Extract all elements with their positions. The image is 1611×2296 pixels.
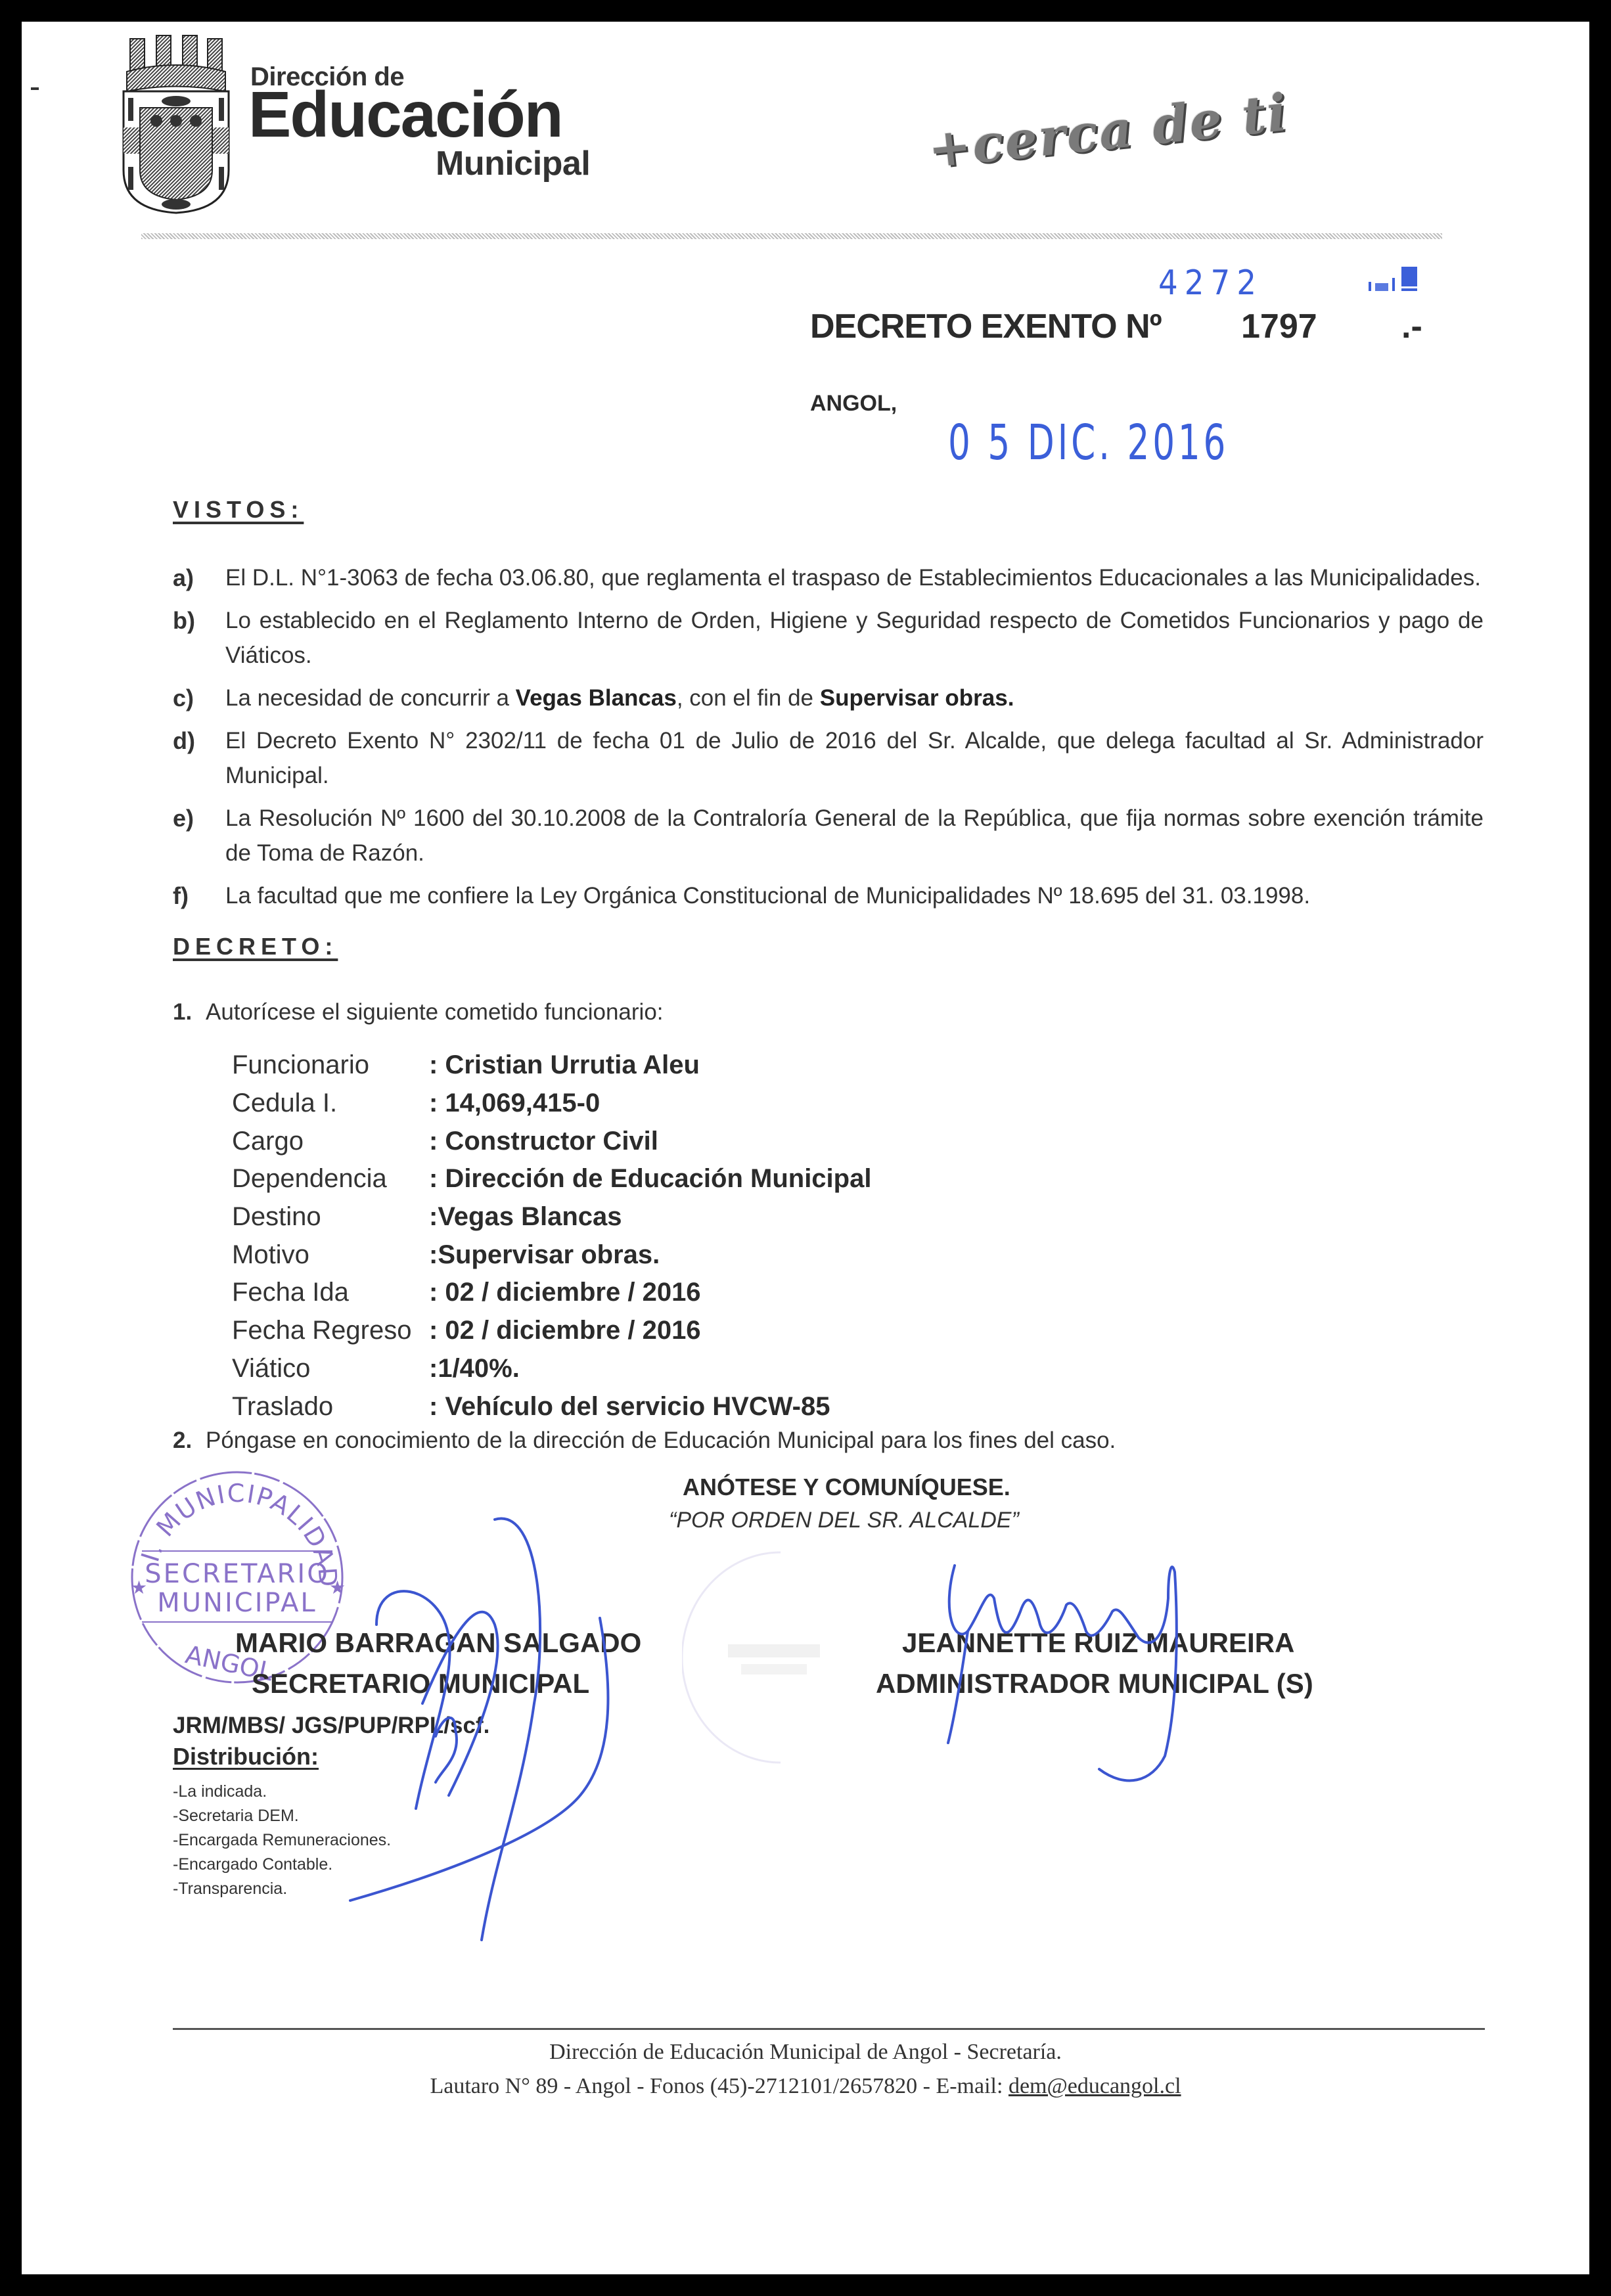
signatory-2-name: JEANNETTE RUIZ MAUREIRA xyxy=(902,1627,1294,1659)
purpose-bold: Supervisar obras. xyxy=(820,685,1014,711)
decreto-item-2: 2.Póngase en conocimiento de la direcció… xyxy=(173,1428,1116,1454)
detail-label: Viático xyxy=(232,1354,429,1384)
detail-label: Traslado xyxy=(232,1392,429,1422)
footer-divider xyxy=(173,2028,1485,2030)
footer-address: Lautaro N° 89 - Angol - Fonos (45)-27121… xyxy=(430,2074,1008,2098)
item-text: Lo establecido en el Reglamento Interno … xyxy=(225,603,1484,673)
vistos-item: a) El D.L. N°1-3063 de fecha 03.06.80, q… xyxy=(173,560,1484,595)
detail-label: Fecha Regreso xyxy=(232,1316,429,1345)
anotese-line: ANÓTESE Y COMUNÍQUESE. xyxy=(683,1474,1010,1501)
detail-label: Cedula I. xyxy=(232,1089,429,1118)
destination-bold: Vegas Blancas xyxy=(516,685,677,711)
brand-line-2: Educación xyxy=(248,82,562,146)
registration-stamp-mark-icon xyxy=(1362,263,1428,296)
signatory-2-title: ADMINISTRADOR MUNICIPAL (S) xyxy=(876,1668,1313,1699)
detail-label: Funcionario xyxy=(232,1050,429,1080)
document-page: Dirección de Educación Municipal +cerca … xyxy=(22,22,1589,2274)
detail-value: : Dirección de Educación Municipal xyxy=(429,1164,871,1194)
detail-row: Dependencia: Dirección de Educación Muni… xyxy=(232,1160,871,1198)
footer-email-link[interactable]: dem@educangol.cl xyxy=(1009,2074,1181,2098)
detail-row: Cargo: Constructor Civil xyxy=(232,1122,871,1160)
detail-label: Dependencia xyxy=(232,1164,429,1194)
detail-label: Destino xyxy=(232,1202,429,1232)
city-label: ANGOL, xyxy=(810,391,897,416)
item-letter: f) xyxy=(173,878,225,913)
signatory-1-name: MARIO BARRAGAN SALGADO xyxy=(235,1627,641,1659)
distribution-list: -La indicada. -Secretaria DEM. -Encargad… xyxy=(173,1780,391,1901)
detail-value: : Vehículo del servicio HVCW-85 xyxy=(429,1392,830,1422)
scan-speck xyxy=(31,87,39,90)
coat-of-arms-icon xyxy=(120,26,232,216)
footer-contact: Lautaro N° 89 - Angol - Fonos (45)-27121… xyxy=(22,2074,1589,2099)
detail-value: :1/40%. xyxy=(429,1354,520,1384)
detail-row: Motivo:Supervisar obras. xyxy=(232,1236,871,1274)
distribution-item: -Encargado Contable. xyxy=(173,1853,391,1877)
detail-row: Fecha Ida: 02 / diciembre / 2016 xyxy=(232,1274,871,1312)
vistos-item: e) La Resolución Nº 1600 del 30.10.2008 … xyxy=(173,801,1484,870)
svg-text:★: ★ xyxy=(131,1577,147,1598)
commission-details: Funcionario: Cristian Urrutia Aleu Cedul… xyxy=(232,1047,871,1426)
distribution-item: -Encargada Remuneraciones. xyxy=(173,1828,391,1853)
decree-suffix: .- xyxy=(1401,307,1422,346)
detail-row: Traslado: Vehículo del servicio HVCW-85 xyxy=(232,1387,871,1426)
detail-row: Fecha Regreso: 02 / diciembre / 2016 xyxy=(232,1312,871,1350)
distribution-item: -Transparencia. xyxy=(173,1877,391,1901)
item-number: 1. xyxy=(173,999,206,1025)
svg-text:★: ★ xyxy=(329,1577,346,1598)
registration-number-stamp: 4272 xyxy=(1158,263,1263,303)
initials-line: JRM/MBS/ JGS/PUP/RPL/scf. xyxy=(173,1713,489,1739)
distribution-item: -Secretaria DEM. xyxy=(173,1804,391,1828)
seal-middle-line2: MUNICIPAL xyxy=(157,1588,317,1618)
item-letter: e) xyxy=(173,801,225,870)
detail-row: Viático:1/40%. xyxy=(232,1350,871,1388)
distribution-heading: Distribución: xyxy=(173,1743,319,1770)
item-number: 2. xyxy=(173,1428,206,1454)
detail-label: Motivo xyxy=(232,1240,429,1270)
detail-row: Destino:Vegas Blancas xyxy=(232,1198,871,1236)
decreto-heading: DECRETO: xyxy=(173,933,338,960)
decreto-item-1: 1.Autorícese el siguiente cometido funci… xyxy=(173,999,664,1025)
vistos-item: b) Lo establecido en el Reglamento Inter… xyxy=(173,603,1484,673)
detail-value: :Supervisar obras. xyxy=(429,1240,660,1270)
brand-line-3: Municipal xyxy=(436,144,590,183)
detail-label: Cargo xyxy=(232,1127,429,1156)
detail-label: Fecha Ida xyxy=(232,1278,429,1307)
vistos-heading: VISTOS: xyxy=(173,496,304,524)
detail-value: : Constructor Civil xyxy=(429,1127,658,1156)
vistos-item: c) La necesidad de concurrir a Vegas Bla… xyxy=(173,681,1484,715)
slogan: +cerca de ti xyxy=(925,83,1290,180)
vistos-item: f) La facultad que me confiere la Ley Or… xyxy=(173,878,1484,913)
detail-row: Cedula I.: 14,069,415-0 xyxy=(232,1085,871,1123)
item-text: El Decreto Exento N° 2302/11 de fecha 01… xyxy=(225,723,1484,793)
vistos-list: a) El D.L. N°1-3063 de fecha 03.06.80, q… xyxy=(173,560,1484,921)
signatory-1-title: SECRETARIO MUNICIPAL xyxy=(252,1668,589,1699)
distribution-item: -La indicada. xyxy=(173,1780,391,1804)
item-text: El D.L. N°1-3063 de fecha 03.06.80, que … xyxy=(225,560,1484,595)
item-letter: c) xyxy=(173,681,225,715)
item-letter: d) xyxy=(173,723,225,793)
vistos-item: d) El Decreto Exento N° 2302/11 de fecha… xyxy=(173,723,1484,793)
item-text-part: , con el fin de xyxy=(677,685,820,711)
decree-number: 1797 xyxy=(1241,307,1317,346)
faint-seal-icon xyxy=(682,1546,879,1769)
footer-office: Dirección de Educación Municipal de Ango… xyxy=(22,2040,1589,2065)
detail-row: Funcionario: Cristian Urrutia Aleu xyxy=(232,1047,871,1085)
item-letter: b) xyxy=(173,603,225,673)
item-text: La facultad que me confiere la Ley Orgán… xyxy=(225,878,1484,913)
detail-value: : Cristian Urrutia Aleu xyxy=(429,1050,700,1080)
item-text: La Resolución Nº 1600 del 30.10.2008 de … xyxy=(225,801,1484,870)
item-text-part: La necesidad de concurrir a xyxy=(225,685,516,711)
seal-middle-line1: SECRETARIO xyxy=(145,1559,329,1589)
municipal-seal-icon: I. MUNICIPALIDAD SECRETARIO MUNICIPAL ★ … xyxy=(119,1459,355,1696)
item-text: Póngase en conocimiento de la dirección … xyxy=(206,1428,1116,1453)
detail-value: : 02 / diciembre / 2016 xyxy=(429,1316,701,1345)
por-orden-line: “POR ORDEN DEL SR. ALCALDE” xyxy=(669,1508,1019,1533)
date-stamp: 0 5 DIC. 2016 xyxy=(948,415,1229,471)
item-letter: a) xyxy=(173,560,225,595)
header-divider xyxy=(141,233,1442,239)
detail-value: :Vegas Blancas xyxy=(429,1202,622,1232)
item-text: La necesidad de concurrir a Vegas Blanca… xyxy=(225,681,1484,715)
detail-value: : 02 / diciembre / 2016 xyxy=(429,1278,701,1307)
item-text: Autorícese el siguiente cometido funcion… xyxy=(206,999,664,1025)
detail-value: : 14,069,415-0 xyxy=(429,1089,600,1118)
decree-title: DECRETO EXENTO Nº xyxy=(810,307,1162,346)
